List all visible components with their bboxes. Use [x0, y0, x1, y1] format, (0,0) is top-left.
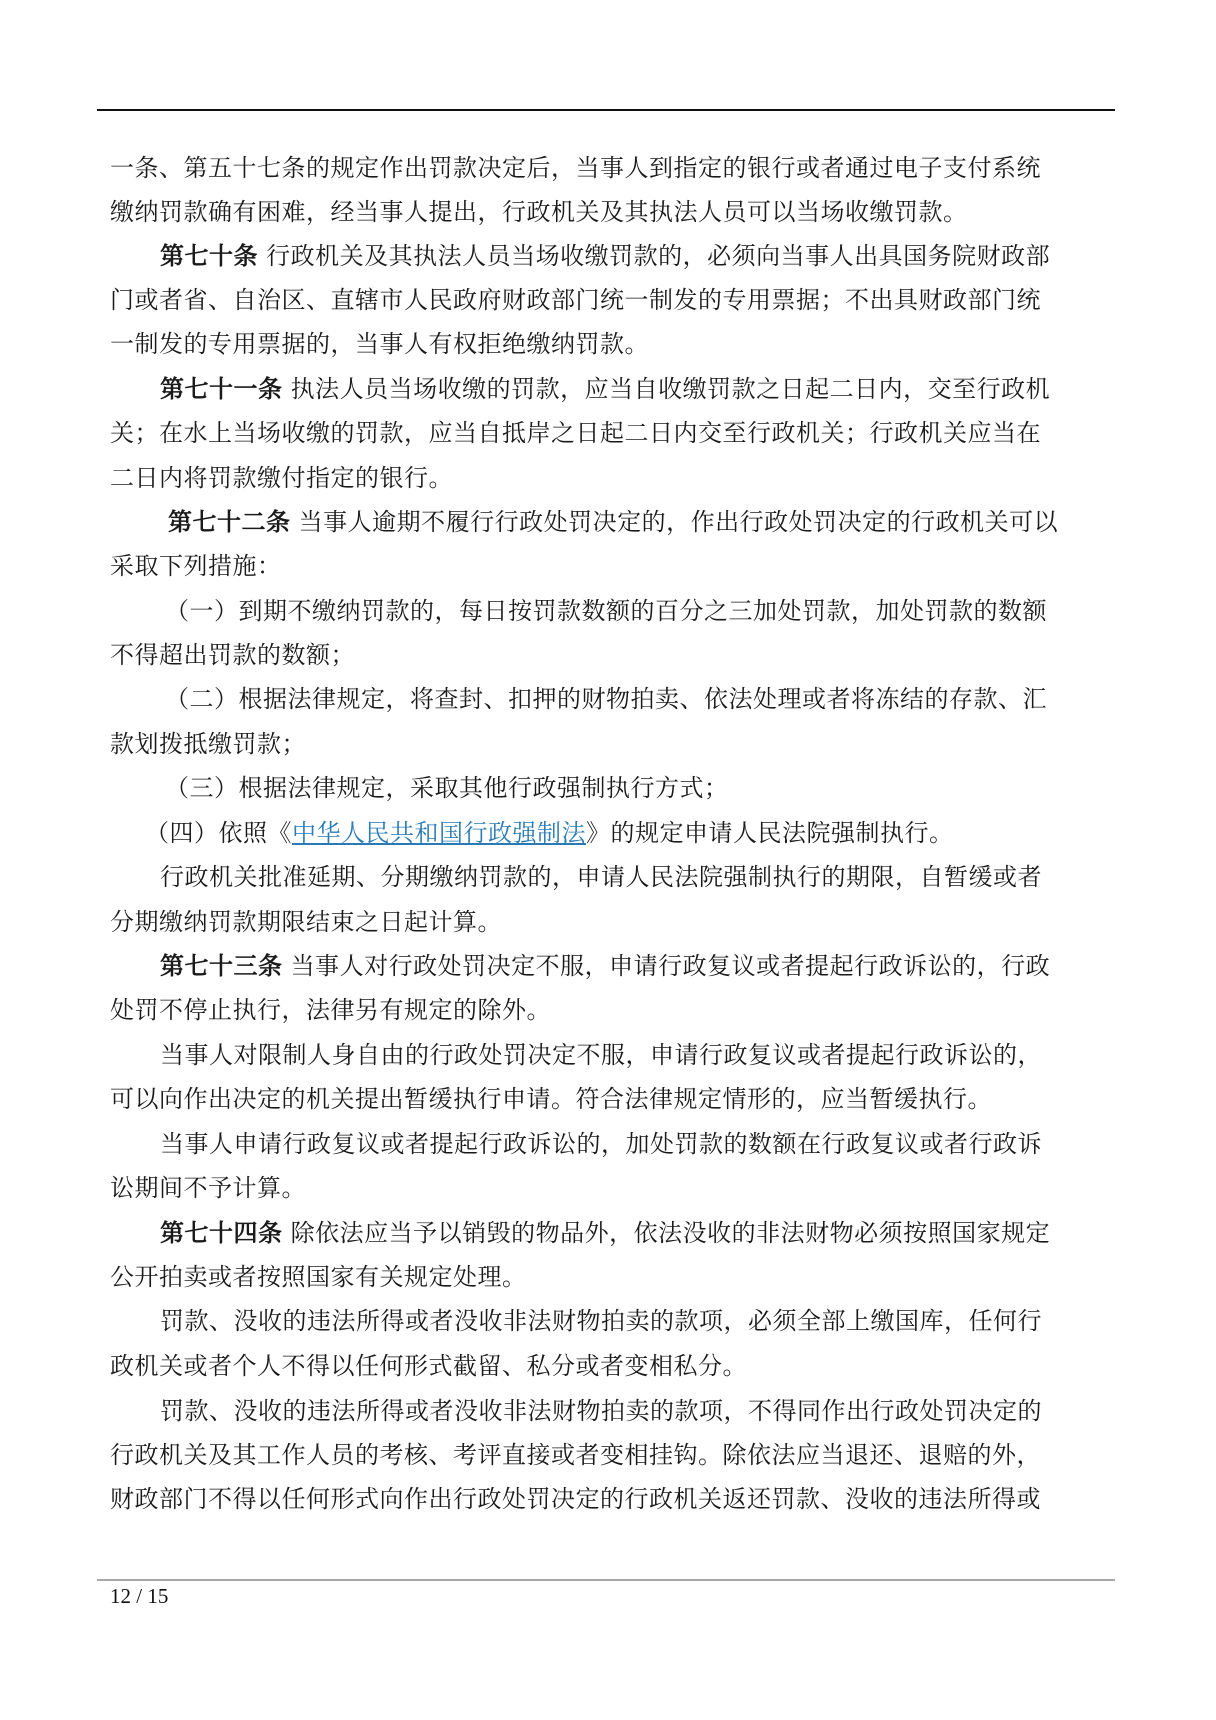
line-text: 行政机关及其执法人员当场收缴罚款的，必须向当事人出具国务院财政部 — [258, 242, 1050, 270]
text-line: 采取下列措施： — [110, 551, 282, 581]
text-line: 一条、第五十七条的规定作出罚款决定后，当事人到指定的银行或者通过电子支付系统 — [110, 153, 1041, 183]
line-text: 执法人员当场收缴的罚款，应当自收缴罚款之日起二日内，交至行政机 — [283, 375, 1051, 403]
text-line: 第七十三条 当事人对行政处罚决定不服，申请行政复议或者提起行政诉讼的，行政 — [160, 951, 1050, 981]
text-line: 政机关或者个人不得以任何形式截留、私分或者变相私分。 — [110, 1351, 747, 1381]
header-rule — [97, 109, 1115, 111]
line-text: 门或者省、自治区、直辖市人民政府财政部门统一制发的专用票据；不出具财政部门统 — [110, 286, 1041, 314]
text-line: （三）根据法律规定，采取其他行政强制执行方式； — [165, 773, 729, 803]
article-number: 第七十四条 — [160, 1218, 283, 1247]
line-text: 一条、第五十七条的规定作出罚款决定后，当事人到指定的银行或者通过电子支付系统 — [110, 154, 1041, 182]
line-text: 罚款、没收的违法所得或者没收非法财物拍卖的款项，必须全部上缴国库，任何行 — [160, 1307, 1042, 1335]
line-text: 除依法应当予以销毁的物品外，依法没收的非法财物必须按照国家规定 — [283, 1219, 1051, 1247]
line-text: 行政机关及其工作人员的考核、考评直接或者变相挂钩。除依法应当退还、退赔的外， — [110, 1441, 1041, 1469]
line-text: 二日内将罚款缴付指定的银行。 — [110, 464, 453, 492]
line-text: 当事人对限制人身自由的行政处罚决定不服，申请行政复议或者提起行政诉讼的， — [160, 1041, 1042, 1069]
line-text: （三）根据法律规定，采取其他行政强制执行方式； — [165, 774, 729, 802]
line-text: 政机关或者个人不得以任何形式截留、私分或者变相私分。 — [110, 1352, 747, 1380]
text-line: 不得超出罚款的数额； — [110, 640, 355, 670]
text-line: 关；在水上当场收缴的罚款，应当自抵岸之日起二日内交至行政机关；行政机关应当在 — [110, 418, 1041, 448]
text-line: 款划拨抵缴罚款； — [110, 729, 306, 759]
text-line: （二）根据法律规定，将查封、扣押的财物拍卖、依法处理或者将冻结的存款、汇 — [165, 684, 1047, 714]
line-text: 公开拍卖或者按照国家有关规定处理。 — [110, 1263, 527, 1291]
text-line: 罚款、没收的违法所得或者没收非法财物拍卖的款项，必须全部上缴国库，任何行 — [160, 1306, 1042, 1336]
text-line: 第七十二条 当事人逾期不履行行政处罚决定的，作出行政处罚决定的行政机关可以 — [168, 507, 1058, 537]
article-number: 第七十条 — [160, 241, 258, 270]
text-line: 门或者省、自治区、直辖市人民政府财政部门统一制发的专用票据；不出具财政部门统 — [110, 285, 1041, 315]
line-text: 当事人对行政处罚决定不服，申请行政复议或者提起行政诉讼的，行政 — [283, 952, 1051, 980]
text-line: 行政机关及其工作人员的考核、考评直接或者变相挂钩。除依法应当退还、退赔的外， — [110, 1440, 1041, 1470]
line-text: 一制发的专用票据的，当事人有权拒绝缴纳罚款。 — [110, 330, 649, 358]
text-line: 行政机关批准延期、分期缴纳罚款的，申请人民法院强制执行的期限，自暂缓或者 — [160, 862, 1042, 892]
page-number: 12 / 15 — [110, 1584, 168, 1609]
article-number: 第七十一条 — [160, 374, 283, 403]
line-text: 处罚不停止执行，法律另有规定的除外。 — [110, 996, 551, 1024]
line-text: 当事人逾期不履行行政处罚决定的，作出行政处罚决定的行政机关可以 — [291, 508, 1059, 536]
footer-rule — [97, 1579, 1115, 1581]
line-text: 缴纳罚款确有困难，经当事人提出，行政机关及其执法人员可以当场收缴罚款。 — [110, 198, 968, 226]
text-line: 罚款、没收的违法所得或者没收非法财物拍卖的款项，不得同作出行政处罚决定的 — [160, 1396, 1042, 1426]
line-text: （一）到期不缴纳罚款的，每日按罚款数额的百分之三加处罚款，加处罚款的数额 — [165, 597, 1047, 625]
text-line: 处罚不停止执行，法律另有规定的除外。 — [110, 995, 551, 1025]
text-line: 分期缴纳罚款期限结束之日起计算。 — [110, 907, 502, 937]
line-text: 可以向作出决定的机关提出暂缓执行申请。符合法律规定情形的，应当暂缓执行。 — [110, 1085, 992, 1113]
text-line: 一制发的专用票据的，当事人有权拒绝缴纳罚款。 — [110, 329, 649, 359]
article-number: 第七十二条 — [168, 507, 291, 536]
line-text: （二）根据法律规定，将查封、扣押的财物拍卖、依法处理或者将冻结的存款、汇 — [165, 685, 1047, 713]
text-line: 二日内将罚款缴付指定的银行。 — [110, 463, 453, 493]
text-line: 缴纳罚款确有困难，经当事人提出，行政机关及其执法人员可以当场收缴罚款。 — [110, 197, 968, 227]
line-text: 款划拨抵缴罚款； — [110, 730, 306, 758]
text-line: 第七十条 行政机关及其执法人员当场收缴罚款的，必须向当事人出具国务院财政部 — [160, 241, 1050, 271]
line-text: 讼期间不予计算。 — [110, 1174, 306, 1202]
text-line: （四）依照《中华人民共和国行政强制法》的规定申请人民法院强制执行。 — [145, 818, 954, 848]
text-line: 公开拍卖或者按照国家有关规定处理。 — [110, 1262, 527, 1292]
text-line: 当事人对限制人身自由的行政处罚决定不服，申请行政复议或者提起行政诉讼的， — [160, 1040, 1042, 1070]
line-text: 采取下列措施： — [110, 552, 282, 580]
line-text: 罚款、没收的违法所得或者没收非法财物拍卖的款项，不得同作出行政处罚决定的 — [160, 1397, 1042, 1425]
line-text: 关；在水上当场收缴的罚款，应当自抵岸之日起二日内交至行政机关；行政机关应当在 — [110, 419, 1041, 447]
text-line: 第七十四条 除依法应当予以销毁的物品外，依法没收的非法财物必须按照国家规定 — [160, 1218, 1050, 1248]
text-line: 第七十一条 执法人员当场收缴的罚款，应当自收缴罚款之日起二日内，交至行政机 — [160, 374, 1050, 404]
law-link[interactable]: 中华人民共和国行政强制法 — [292, 819, 586, 847]
line-text: 分期缴纳罚款期限结束之日起计算。 — [110, 908, 502, 936]
line-text: （四）依照《 — [145, 819, 292, 847]
line-text: 》的规定申请人民法院强制执行。 — [586, 819, 954, 847]
text-line: 讼期间不予计算。 — [110, 1173, 306, 1203]
line-text: 当事人申请行政复议或者提起行政诉讼的，加处罚款的数额在行政复议或者行政诉 — [160, 1130, 1042, 1158]
article-number: 第七十三条 — [160, 951, 283, 980]
text-line: 当事人申请行政复议或者提起行政诉讼的，加处罚款的数额在行政复议或者行政诉 — [160, 1129, 1042, 1159]
text-line: 财政部门不得以任何形式向作出行政处罚决定的行政机关返还罚款、没收的违法所得或 — [110, 1484, 1041, 1514]
line-text: 财政部门不得以任何形式向作出行政处罚决定的行政机关返还罚款、没收的违法所得或 — [110, 1485, 1041, 1513]
line-text: 行政机关批准延期、分期缴纳罚款的，申请人民法院强制执行的期限，自暂缓或者 — [160, 863, 1042, 891]
text-line: 可以向作出决定的机关提出暂缓执行申请。符合法律规定情形的，应当暂缓执行。 — [110, 1084, 992, 1114]
line-text: 不得超出罚款的数额； — [110, 641, 355, 669]
text-line: （一）到期不缴纳罚款的，每日按罚款数额的百分之三加处罚款，加处罚款的数额 — [165, 596, 1047, 626]
